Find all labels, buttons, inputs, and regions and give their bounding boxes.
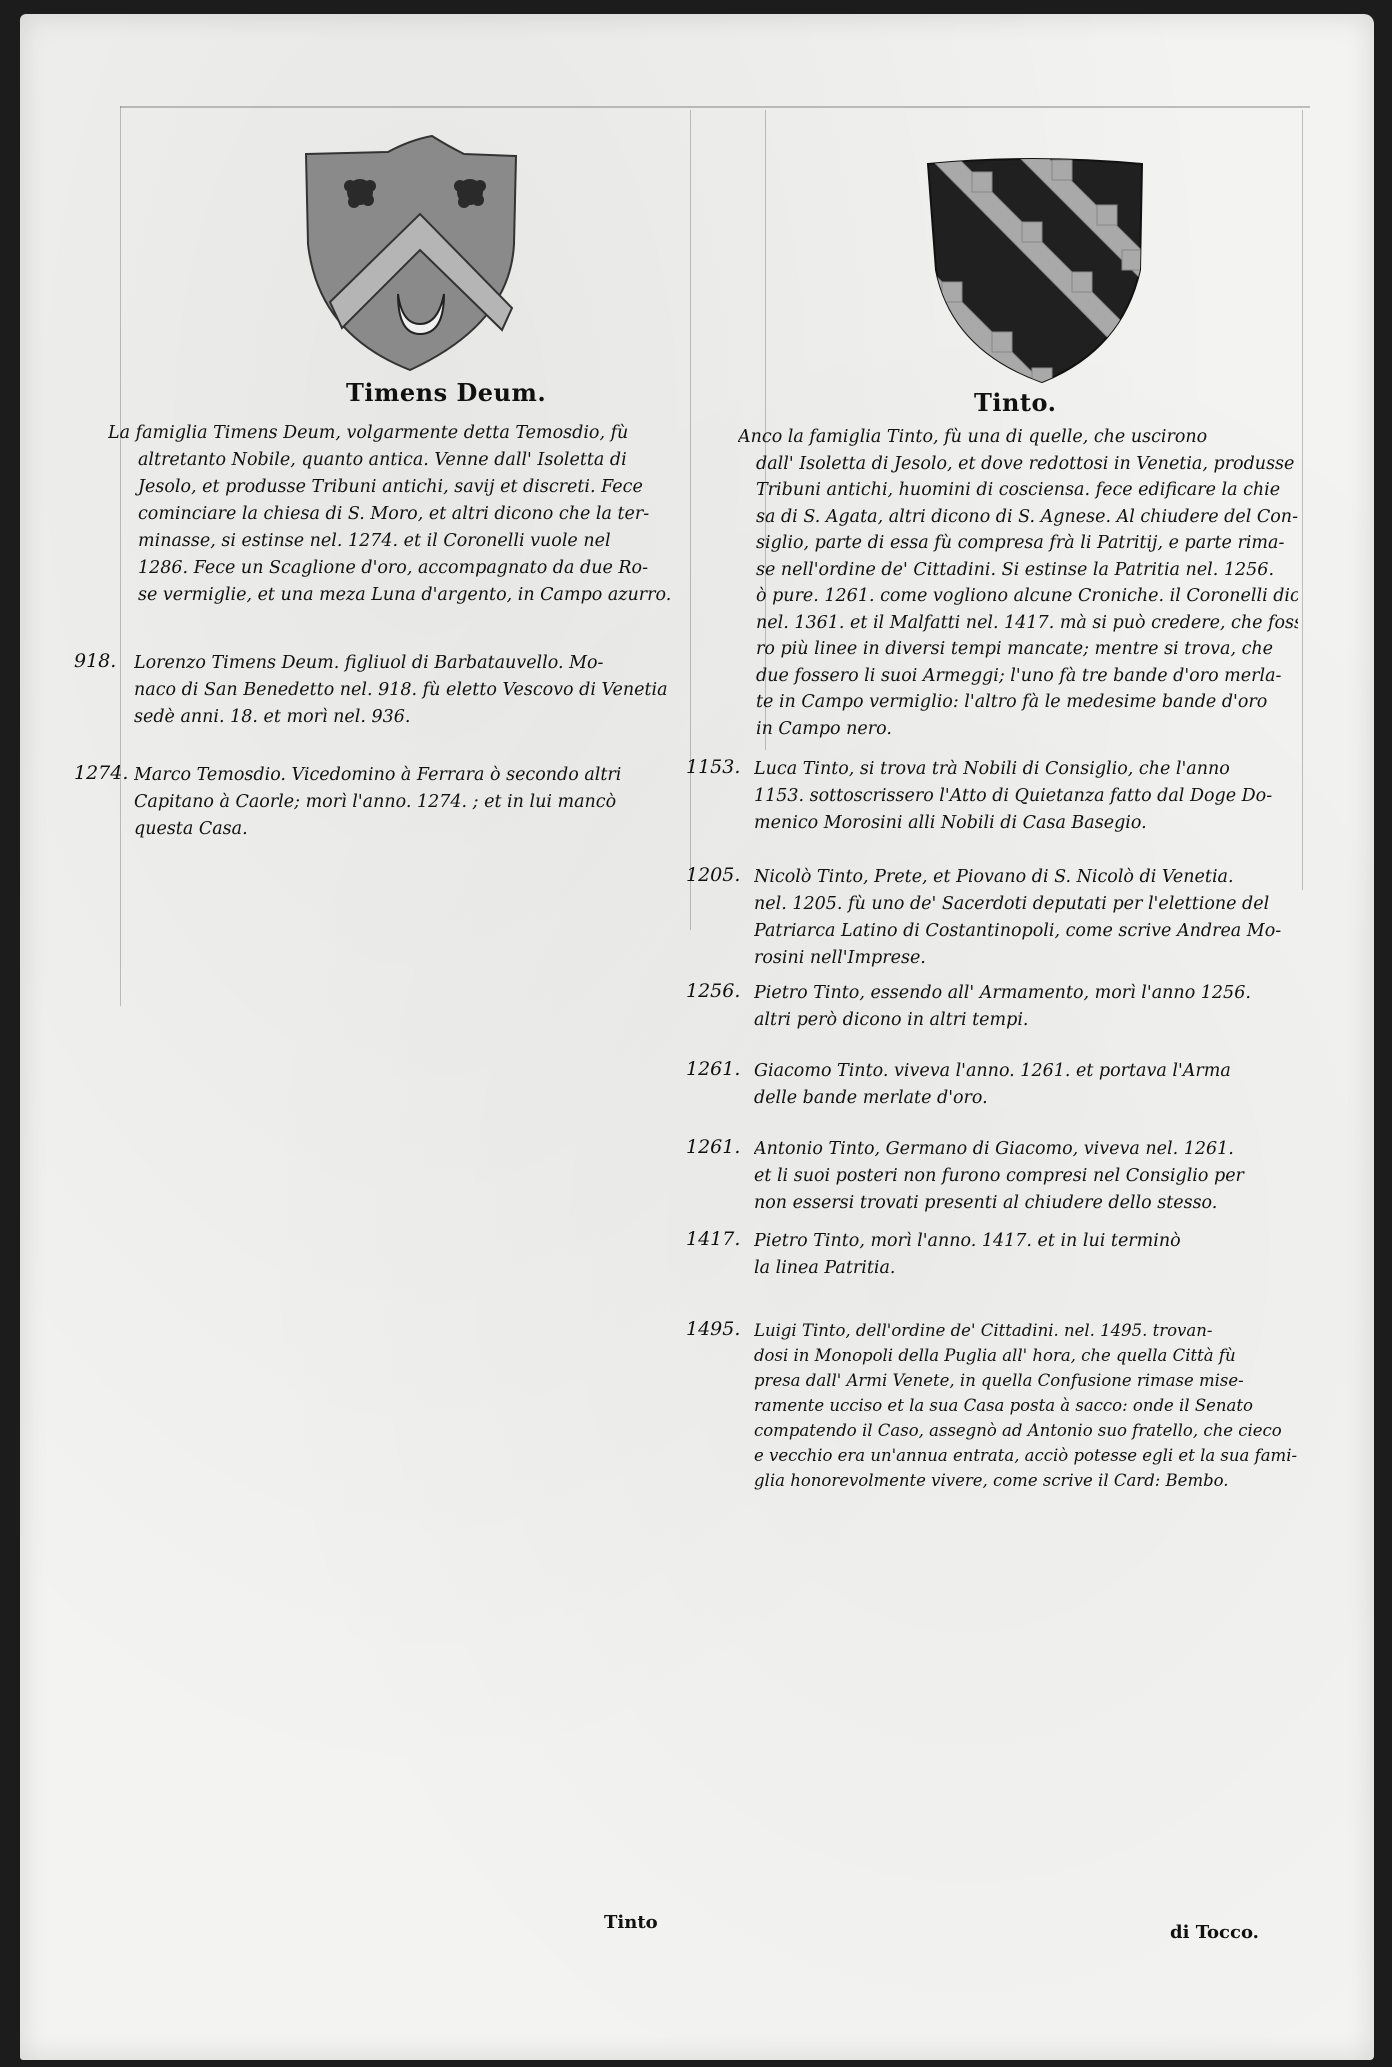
text-line: Capitano à Caorle; morì l'anno. 1274. ; … [134, 789, 690, 816]
text-line: dall' Isoletta di Jesolo, et dove redott… [738, 451, 1298, 478]
text-line: Luca Tinto, si trova trà Nobili di Consi… [754, 756, 1320, 783]
entry-year: 1261. [686, 1136, 740, 1158]
entry-year: 1261. [686, 1058, 740, 1080]
text-line: glia honorevolmente vivere, come scrive … [754, 1468, 1320, 1493]
shield-caption-tinto: Tinto. [974, 388, 1056, 417]
shield-bends-icon [922, 150, 1148, 386]
text-line: Anco la famiglia Tinto, fù una di quelle… [738, 424, 1298, 451]
text-line: la linea Patritia. [754, 1255, 1320, 1282]
text-line: dosi in Monopoli della Puglia all' hora,… [754, 1343, 1320, 1368]
family-description-tinto: Anco la famiglia Tinto, fù una di quelle… [738, 424, 1298, 742]
text-line: e vecchio era un'annua entrata, acciò po… [754, 1443, 1320, 1468]
text-line: due fossero li suoi Armeggi; l'uno fà tr… [738, 663, 1298, 690]
shield-chevron-icon [298, 134, 522, 374]
coat-of-arms-tinto [922, 150, 1148, 386]
text-line: nel. 1361. et il Malfatti nel. 1417. mà … [738, 610, 1298, 637]
text-line: Marco Temosdio. Vicedomino à Ferrara ò s… [134, 762, 690, 789]
text-line: ro più linee in diversi tempi mancate; m… [738, 636, 1298, 663]
entry-year: 1256. [686, 980, 740, 1002]
text-line: compatendo il Caso, assegnò ad Antonio s… [754, 1418, 1320, 1443]
text-line: Giacomo Tinto. viveva l'anno. 1261. et p… [754, 1058, 1320, 1085]
text-line: presa dall' Armi Venete, in quella Confu… [754, 1368, 1320, 1393]
entry-nicolo-tinto: 1205. Nicolò Tinto, Prete, et Piovano di… [686, 864, 1320, 972]
text-line: sedè anni. 18. et morì nel. 936. [134, 704, 690, 731]
footer-note: di Tocco. [1170, 1922, 1259, 1943]
text-line: se nell'ordine de' Cittadini. Si estinse… [738, 557, 1298, 584]
coat-of-arms-timens-deum [298, 134, 522, 374]
text-line: in Campo nero. [738, 716, 1298, 743]
entry-lorenzo-timens-deum: 918. Lorenzo Timens Deum. figliuol di Ba… [74, 650, 690, 731]
text-line: Nicolò Tinto, Prete, et Piovano di S. Ni… [754, 864, 1320, 891]
frame-top-rule [120, 106, 1310, 108]
entry-luigi-tinto: 1495. Luigi Tinto, dell'ordine de' Citta… [686, 1318, 1320, 1493]
entry-antonio-tinto: 1261. Antonio Tinto, Germano di Giacomo,… [686, 1136, 1320, 1217]
entry-year: 1417. [686, 1228, 740, 1250]
text-line: nel. 1205. fù uno de' Sacerdoti deputati… [754, 891, 1320, 918]
text-line: Luigi Tinto, dell'ordine de' Cittadini. … [754, 1318, 1320, 1343]
text-line: et li suoi posteri non furono compresi n… [754, 1163, 1320, 1190]
text-line: sa di S. Agata, altri dicono di S. Agnes… [738, 504, 1298, 531]
text-line: Lorenzo Timens Deum. figliuol di Barbata… [134, 650, 690, 677]
text-line: questa Casa. [134, 816, 690, 843]
text-line: ramente ucciso et la sua Casa posta à sa… [754, 1393, 1320, 1418]
text-line: Tribuni antichi, huomini di cosciensa. f… [738, 477, 1298, 504]
entry-year: 1274. [74, 762, 128, 784]
catchword: Tinto [604, 1912, 658, 1933]
entry-giacomo-tinto: 1261. Giacomo Tinto. viveva l'anno. 1261… [686, 1058, 1320, 1112]
text-line: Antonio Tinto, Germano di Giacomo, vivev… [754, 1136, 1320, 1163]
entry-year: 918. [74, 650, 116, 672]
text-line: minasse, si estinse nel. 1274. et il Cor… [108, 528, 688, 555]
manuscript-page [20, 14, 1374, 2060]
text-line: ò pure. 1261. come vogliono alcune Croni… [738, 583, 1298, 610]
text-line: rosini nell'Imprese. [754, 945, 1320, 972]
entry-year: 1495. [686, 1318, 740, 1340]
family-description-timens-deum: La famiglia Timens Deum, volgarmente det… [108, 420, 688, 609]
text-line: cominciare la chiesa di S. Moro, et altr… [108, 501, 688, 528]
entry-luca-tinto: 1153. Luca Tinto, si trova trà Nobili di… [686, 756, 1320, 837]
text-line: delle bande merlate d'oro. [754, 1085, 1320, 1112]
text-line: Pietro Tinto, essendo all' Armamento, mo… [754, 980, 1320, 1007]
entry-pietro-tinto-1417: 1417. Pietro Tinto, morì l'anno. 1417. e… [686, 1228, 1320, 1282]
shield-caption-timens-deum: Timens Deum. [346, 378, 546, 407]
text-line: altretanto Nobile, quanto antica. Venne … [108, 447, 688, 474]
entry-pietro-tinto-1256: 1256. Pietro Tinto, essendo all' Armamen… [686, 980, 1320, 1034]
entry-year: 1153. [686, 756, 740, 778]
text-line: se vermiglie, et una meza Luna d'argento… [108, 582, 688, 609]
text-line: non essersi trovati presenti al chiudere… [754, 1190, 1320, 1217]
text-line: altri però dicono in altri tempi. [754, 1007, 1320, 1034]
text-line: Jesolo, et produsse Tribuni antichi, sav… [108, 474, 688, 501]
text-line: La famiglia Timens Deum, volgarmente det… [108, 420, 688, 447]
text-line: 1286. Fece un Scaglione d'oro, accompagn… [108, 555, 688, 582]
text-line: siglio, parte di essa fù compresa frà li… [738, 530, 1298, 557]
text-line: menico Morosini alli Nobili di Casa Base… [754, 810, 1320, 837]
text-line: te in Campo vermiglio: l'altro fà le med… [738, 689, 1298, 716]
text-line: 1153. sottoscrissero l'Atto di Quietanza… [754, 783, 1320, 810]
text-line: Pietro Tinto, morì l'anno. 1417. et in l… [754, 1228, 1320, 1255]
text-line: Patriarca Latino di Costantinopoli, come… [754, 918, 1320, 945]
entry-year: 1205. [686, 864, 740, 886]
entry-marco-temosdio: 1274. Marco Temosdio. Vicedomino à Ferra… [74, 762, 690, 843]
text-line: naco di San Benedetto nel. 918. fù elett… [134, 677, 690, 704]
